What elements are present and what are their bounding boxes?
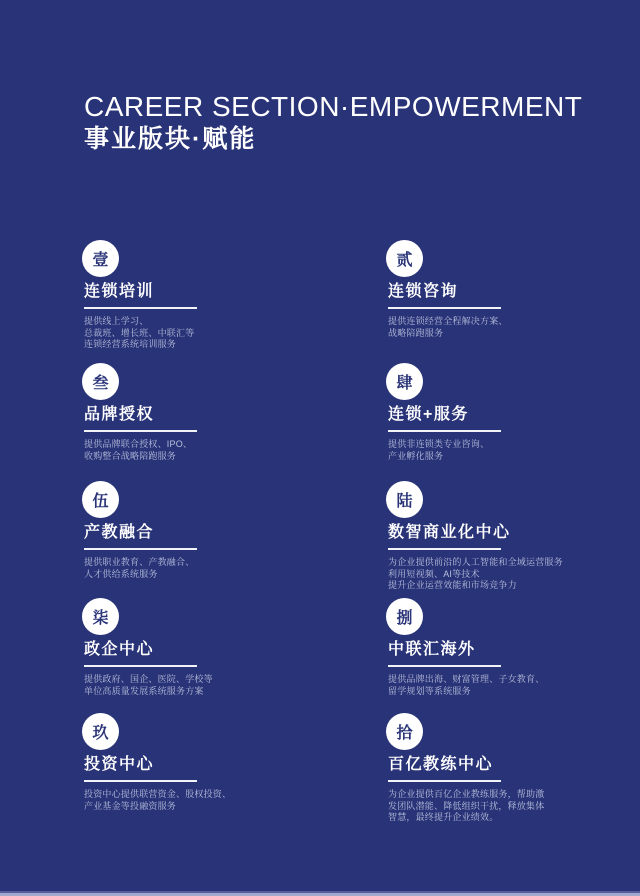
- section-item-8: 捌 中联汇海外 提供品牌出海、财富管理、子女教育、 留学规划等系统服务: [388, 598, 600, 697]
- item-description: 为企业提供前沿的人工智能和全域运营服务 利用短视频、AI等技术 提升企业运营效能…: [388, 557, 600, 592]
- section-item-10: 拾 百亿教练中心 为企业提供百亿企业教练服务，帮助激 发团队潜能、降低组织干扰，…: [388, 713, 600, 824]
- item-number-badge: 陆: [386, 481, 423, 518]
- section-item-3: 叁 品牌授权 提供品牌联合授权、IPO、 收购整合战略陪跑服务: [84, 363, 388, 462]
- item-title: 投资中心: [84, 755, 388, 774]
- item-title: 数智商业化中心: [388, 523, 600, 542]
- section-item-1: 壹 连锁培训 提供线上学习、 总裁班、增长班、中联汇等 连锁经营系统培训服务: [84, 240, 388, 351]
- item-number-badge: 壹: [82, 240, 119, 277]
- item-description: 投资中心提供联营资金、股权投资、 产业基金等投融资服务: [84, 789, 388, 812]
- item-title-underline: [388, 307, 501, 309]
- item-description: 提供品牌联合授权、IPO、 收购整合战略陪跑服务: [84, 439, 388, 462]
- section-item-9: 玖 投资中心 投资中心提供联营资金、股权投资、 产业基金等投融资服务: [84, 713, 388, 812]
- item-title: 品牌授权: [84, 405, 388, 424]
- item-title: 连锁+服务: [388, 405, 600, 424]
- item-title: 连锁咨询: [388, 282, 600, 301]
- item-title-underline: [84, 307, 197, 309]
- item-title-underline: [388, 430, 501, 432]
- item-title: 百亿教练中心: [388, 755, 600, 774]
- section-item-7: 柒 政企中心 提供政府、国企、医院、学校等 单位高质量发展系统服务方案: [84, 598, 388, 697]
- page-bottom-edge: [0, 891, 640, 896]
- item-title: 中联汇海外: [388, 640, 600, 659]
- item-title-underline: [84, 430, 197, 432]
- section-item-4: 肆 连锁+服务 提供非连锁类专业咨询、 产业孵化服务: [388, 363, 600, 462]
- item-number-badge: 伍: [82, 481, 119, 518]
- item-title-underline: [388, 548, 501, 550]
- item-description: 提供品牌出海、财富管理、子女教育、 留学规划等系统服务: [388, 674, 600, 697]
- item-description: 提供职业教育、产教融合、 人才供给系统服务: [84, 557, 388, 580]
- section-item-5: 伍 产教融合 提供职业教育、产教融合、 人才供给系统服务: [84, 481, 388, 580]
- header-title-chinese: 事业版块·赋能: [84, 124, 582, 154]
- item-number-badge: 柒: [82, 598, 119, 635]
- sections-grid: 壹 连锁培训 提供线上学习、 总裁班、增长班、中联汇等 连锁经营系统培训服务 贰…: [84, 240, 600, 824]
- item-description: 提供政府、国企、医院、学校等 单位高质量发展系统服务方案: [84, 674, 388, 697]
- item-title: 连锁培训: [84, 282, 388, 301]
- item-title-underline: [84, 780, 197, 782]
- item-number-badge: 肆: [386, 363, 423, 400]
- section-item-6: 陆 数智商业化中心 为企业提供前沿的人工智能和全域运营服务 利用短视频、AI等技…: [388, 481, 600, 592]
- item-description: 提供非连锁类专业咨询、 产业孵化服务: [388, 439, 600, 462]
- item-description: 提供线上学习、 总裁班、增长班、中联汇等 连锁经营系统培训服务: [84, 316, 388, 351]
- page-header: CAREER SECTION·EMPOWERMENT 事业版块·赋能: [84, 90, 582, 154]
- item-title: 产教融合: [84, 523, 388, 542]
- item-number-badge: 叁: [82, 363, 119, 400]
- item-description: 为企业提供百亿企业教练服务，帮助激 发团队潜能、降低组织干扰，释放集体 智慧，最…: [388, 789, 600, 824]
- item-number-badge: 贰: [386, 240, 423, 277]
- item-title-underline: [84, 665, 197, 667]
- item-number-badge: 拾: [386, 713, 423, 750]
- poster-page: CAREER SECTION·EMPOWERMENT 事业版块·赋能 壹 连锁培…: [0, 0, 640, 896]
- item-description: 提供连锁经营全程解决方案、 战略陪跑服务: [388, 316, 600, 339]
- item-title-underline: [84, 548, 197, 550]
- section-item-2: 贰 连锁咨询 提供连锁经营全程解决方案、 战略陪跑服务: [388, 240, 600, 339]
- item-number-badge: 玖: [82, 713, 119, 750]
- header-title-english: CAREER SECTION·EMPOWERMENT: [84, 90, 582, 123]
- item-title-underline: [388, 780, 501, 782]
- item-title: 政企中心: [84, 640, 388, 659]
- item-number-badge: 捌: [386, 598, 423, 635]
- item-title-underline: [388, 665, 501, 667]
